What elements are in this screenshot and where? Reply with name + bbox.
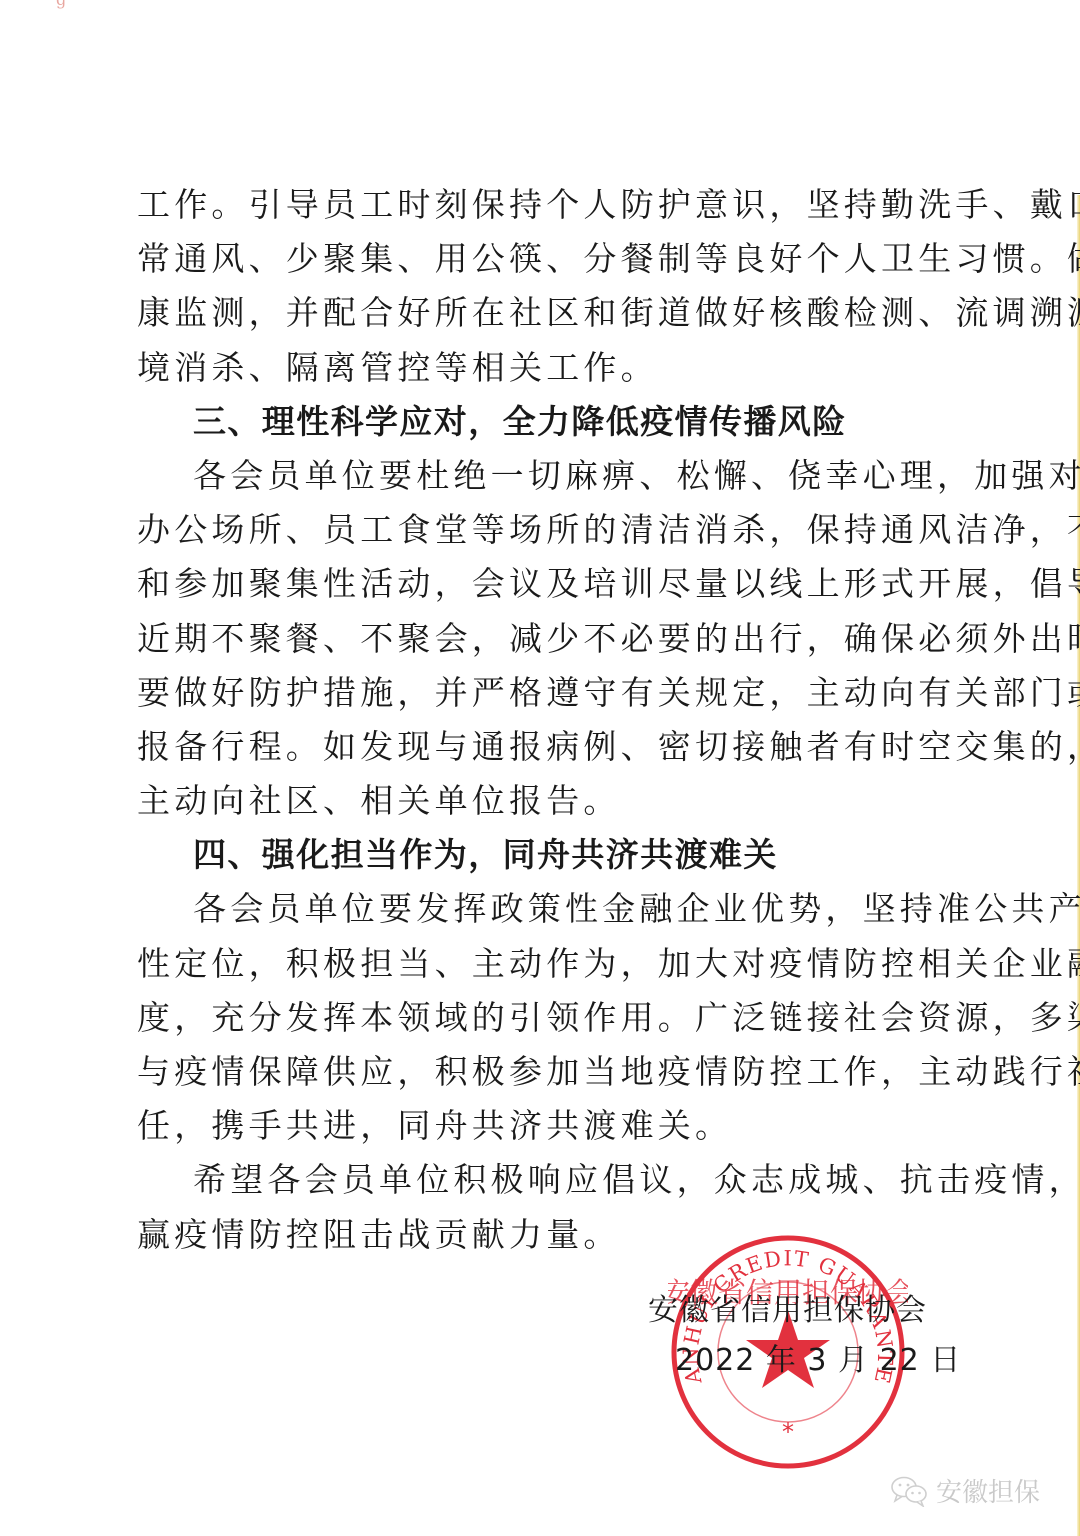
- paragraph-line: 常通风、少聚集、用公筷、分餐制等良好个人卫生习惯。做好健: [137, 232, 947, 286]
- paragraph-line: 要做好防护措施，并严格遵守有关规定，主动向有关部门或机构: [137, 666, 947, 720]
- paragraph-line: 康监测，并配合好所在社区和街道做好核酸检测、流调溯源、环: [137, 286, 947, 340]
- paragraph-line: 主动向社区、相关单位报告。: [137, 774, 947, 828]
- paragraph-line: 与疫情保障供应，积极参加当地疫情防控工作，主动践行社会责: [137, 1045, 947, 1099]
- paragraph-line: 和参加聚集性活动，会议及培训尽量以线上形式开展，倡导员工: [137, 557, 947, 611]
- section-heading-4: 四、强化担当作为，同舟共济共渡难关: [137, 828, 947, 882]
- signature-block: 安徽省信用担保协会 2022 年 3 月 22 日: [648, 1286, 961, 1386]
- paragraph-line: 各会员单位要杜绝一切麻痹、松懈、侥幸心理，加强对企业: [137, 449, 947, 503]
- paragraph-line: 任，携手共进，同舟共济共渡难关。: [137, 1099, 947, 1153]
- signing-organization: 安徽省信用担保协会: [648, 1286, 961, 1336]
- signing-date: 2022 年 3 月 22 日: [648, 1336, 961, 1386]
- section-heading-3: 三、理性科学应对，全力降低疫情传播风险: [137, 395, 947, 449]
- paragraph-line: 度，充分发挥本领域的引领作用。广泛链接社会资源，多渠道参: [137, 991, 947, 1045]
- wechat-watermark: 安徽担保: [890, 1472, 1040, 1509]
- seal-asterisk: *: [782, 1418, 794, 1446]
- document-body: 工作。引导员工时刻保持个人防护意识，坚持勤洗手、戴口罩、 常通风、少聚集、用公筷…: [137, 178, 947, 1262]
- paragraph-line: 工作。引导员工时刻保持个人防护意识，坚持勤洗手、戴口罩、: [137, 178, 947, 232]
- paragraph-line: 性定位，积极担当、主动作为，加大对疫情防控相关企业融资力: [137, 937, 947, 991]
- watermark-label: 安徽担保: [936, 1472, 1040, 1509]
- closing-paragraph-line: 希望各会员单位积极响应倡议，众志成城、抗击疫情，为打: [137, 1153, 947, 1207]
- paragraph-line: 近期不聚餐、不聚会，减少不必要的出行，确保必须外出时一定: [137, 612, 947, 666]
- paragraph-line: 各会员单位要发挥政策性金融企业优势，坚持准公共产品属: [137, 882, 947, 936]
- paragraph-line: 报备行程。如发现与通报病例、密切接触者有时空交集的，立即: [137, 720, 947, 774]
- paragraph-line: 办公场所、员工食堂等场所的清洁消杀，保持通风洁净，不举办: [137, 503, 947, 557]
- paragraph-line: 境消杀、隔离管控等相关工作。: [137, 341, 947, 395]
- wechat-icon: [890, 1475, 930, 1507]
- corner-mark: g: [56, 0, 66, 9]
